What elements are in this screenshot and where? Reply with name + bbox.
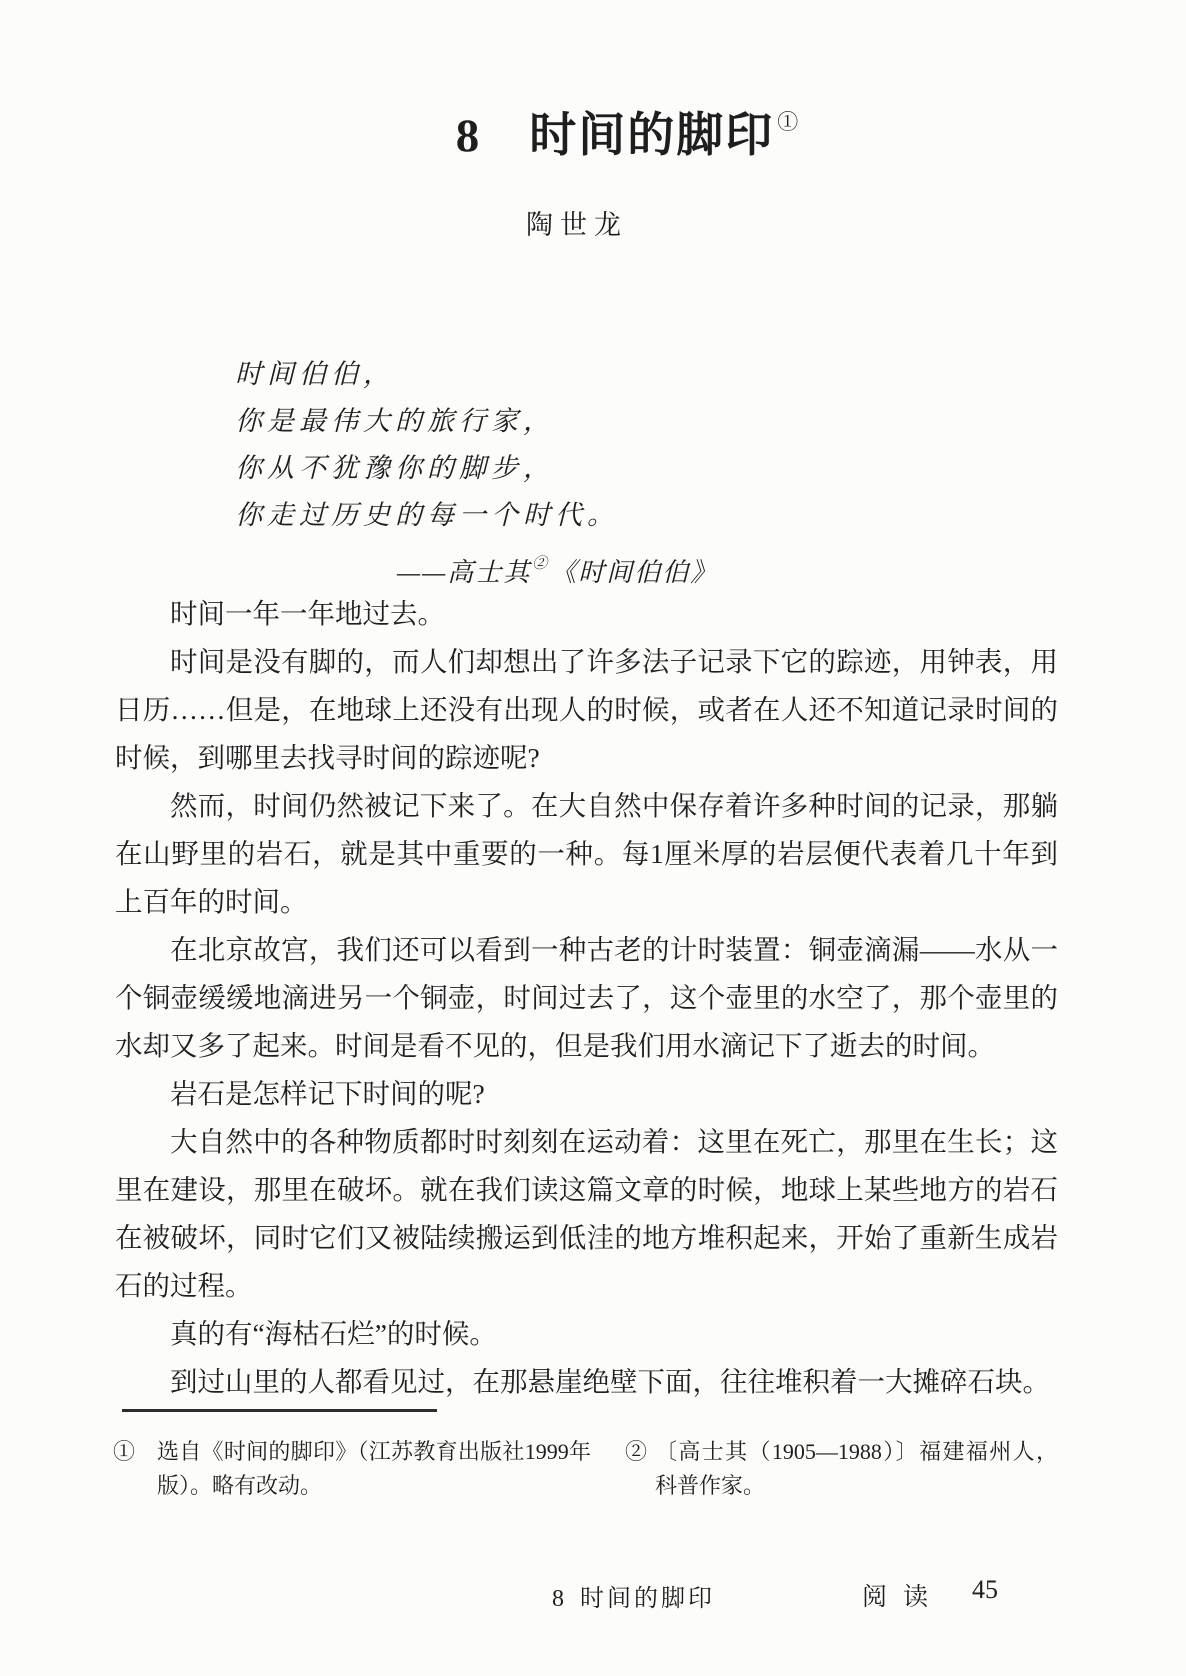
article-body: 时间一年一年地过去。 时间是没有脚的，而人们却想出了许多法子记录下它的踪迹，用钟… bbox=[115, 590, 1058, 1406]
footnote-text-1: 选自《时间的脚印》（江苏教育出版社1999年版）。略有改动。 bbox=[157, 1439, 591, 1498]
paragraph-8: 到过山里的人都看见过，在那悬崖绝壁下面，往往堆积着一大摊碎石块。 bbox=[115, 1358, 1058, 1406]
footnote-divider bbox=[122, 1409, 437, 1412]
footnotes: ① 选自《时间的脚印》（江苏教育出版社1999年版）。略有改动。 ② 〔高士其（… bbox=[113, 1435, 1058, 1503]
footnote-marker-1: ① bbox=[113, 1435, 135, 1469]
paragraph-5: 岩石是怎样记下时间的呢? bbox=[115, 1070, 1058, 1118]
footnote-ref-1-superscript: ① bbox=[777, 110, 798, 134]
epigraph-attribution: ——高士其②《时间伯伯》 bbox=[397, 541, 718, 596]
footer-chapter-title: 时间的脚印 bbox=[580, 1586, 715, 1612]
footer-chapter: 8时间的脚印 bbox=[552, 1578, 715, 1613]
page-number: 45 bbox=[972, 1575, 998, 1605]
poem-line-1: 时间伯伯， bbox=[235, 351, 619, 398]
paragraph-4: 在北京故宫，我们还可以看到一种古老的计时装置：铜壶滴漏——水从一个铜壶缓缓地滴进… bbox=[115, 926, 1058, 1070]
footnote-marker-2: ② bbox=[625, 1435, 647, 1469]
lesson-title: 8时间的脚印① bbox=[34, 98, 1186, 165]
lesson-number: 8 bbox=[456, 110, 482, 162]
paragraph-3: 然而，时间仍然被记下来了。在大自然中保存着许多种时间的记录，那躺在山野里的岩石，… bbox=[115, 782, 1058, 926]
paragraph-2: 时间是没有脚的，而人们却想出了许多法子记录下它的踪迹，用钟表，用日历……但是，在… bbox=[115, 638, 1058, 782]
footer-section-label: 阅读 bbox=[862, 1577, 944, 1613]
attribution-work-title: 《时间伯伯》 bbox=[550, 558, 718, 587]
textbook-page: 8时间的脚印① 陶世龙 时间伯伯， 你是最伟大的旅行家， 你从不犹豫你的脚步， … bbox=[0, 0, 1186, 1676]
footnote-item-1: ① 选自《时间的脚印》（江苏教育出版社1999年版）。略有改动。 bbox=[113, 1435, 591, 1503]
footnote-text-2: 〔高士其（1905—1988）〕福建福州人，科普作家。 bbox=[655, 1439, 1058, 1498]
epigraph-poem: 时间伯伯， 你是最伟大的旅行家， 你从不犹豫你的脚步， 你走过历史的每一个时代。 bbox=[235, 351, 619, 539]
author-name: 陶世龙 bbox=[0, 203, 1170, 242]
poem-line-3: 你从不犹豫你的脚步， bbox=[235, 445, 619, 492]
footer-chapter-number: 8 bbox=[552, 1586, 564, 1612]
attribution-author: 高士其 bbox=[447, 558, 531, 587]
poem-line-4: 你走过历史的每一个时代。 bbox=[235, 492, 619, 539]
poem-line-2: 你是最伟大的旅行家， bbox=[235, 398, 619, 445]
footnote-item-2: ② 〔高士其（1905—1988）〕福建福州人，科普作家。 bbox=[625, 1435, 1058, 1503]
footnote-ref-2-superscript: ② bbox=[532, 556, 549, 572]
paragraph-7: 真的有“海枯石烂”的时候。 bbox=[115, 1310, 1058, 1358]
paragraph-6: 大自然中的各种物质都时时刻刻在运动着：这里在死亡，那里在生长；这里在建设，那里在… bbox=[115, 1118, 1058, 1310]
lesson-title-text: 时间的脚印 bbox=[529, 110, 774, 162]
attribution-dash: —— bbox=[397, 558, 447, 587]
paragraph-1: 时间一年一年地过去。 bbox=[115, 590, 1058, 638]
